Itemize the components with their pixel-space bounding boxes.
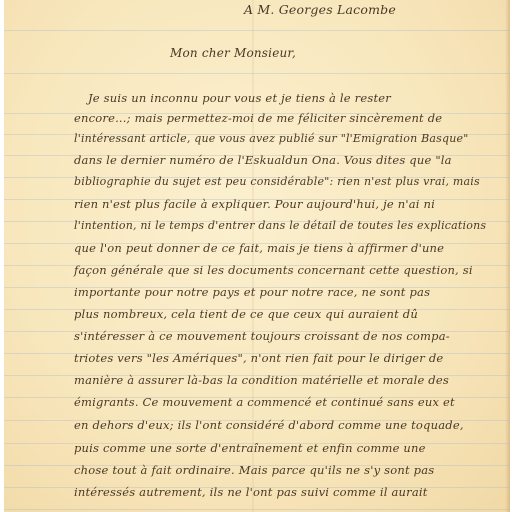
letter-line: s'intéresser à ce mouvement toujours cro… xyxy=(74,329,450,343)
letter-line: dans le dernier numéro de l'Eskualdun On… xyxy=(74,153,452,167)
letter-line: que l'on peut donner de ce fait, mais je… xyxy=(74,241,444,255)
letter-page: A M. Georges Lacombe Mon cher Monsieur, … xyxy=(4,0,510,512)
letter-line: Je suis un inconnu pour vous et je tiens… xyxy=(88,91,391,105)
letter-line: intéressés autrement, ils ne l'ont pas s… xyxy=(74,485,428,499)
letter-line: manière à assurer là-bas la condition ma… xyxy=(74,373,449,387)
letter-line: bibliographie du sujet est peu considéra… xyxy=(74,175,480,188)
ruled-line xyxy=(4,509,510,510)
letter-line: façon générale que si les documents conc… xyxy=(74,263,473,277)
letter-line: l'intention, ni le temps d'entrer dans l… xyxy=(74,219,486,232)
ruled-line xyxy=(4,30,510,31)
letter-line: l'intéressant article, que vous avez pub… xyxy=(74,132,468,145)
ruled-line xyxy=(4,73,510,74)
letter-line: importante pour notre pays et pour notre… xyxy=(74,285,430,299)
letter-line: plus nombreux, cela tient de ce que ceux… xyxy=(74,307,418,321)
salutation: Mon cher Monsieur, xyxy=(170,46,296,60)
letter-line: encore...; mais permettez-moi de me féli… xyxy=(74,111,442,125)
letter-line: en dehors d'eux; ils l'ont considéré d'a… xyxy=(74,418,464,432)
letter-line: triotes vers "les Amériques", n'ont rien… xyxy=(74,351,443,365)
letter-line: émigrants. Ce mouvement a commencé et co… xyxy=(74,395,455,409)
paper-fold xyxy=(252,0,254,512)
letter-line: puis comme une sorte d'entraînement et e… xyxy=(74,441,426,455)
letter-line: chose tout à fait ordinaire. Mais parce … xyxy=(74,463,434,477)
addressee: A M. Georges Lacombe xyxy=(244,2,396,17)
letter-line: rien n'est plus facile à expliquer. Pour… xyxy=(74,197,435,211)
